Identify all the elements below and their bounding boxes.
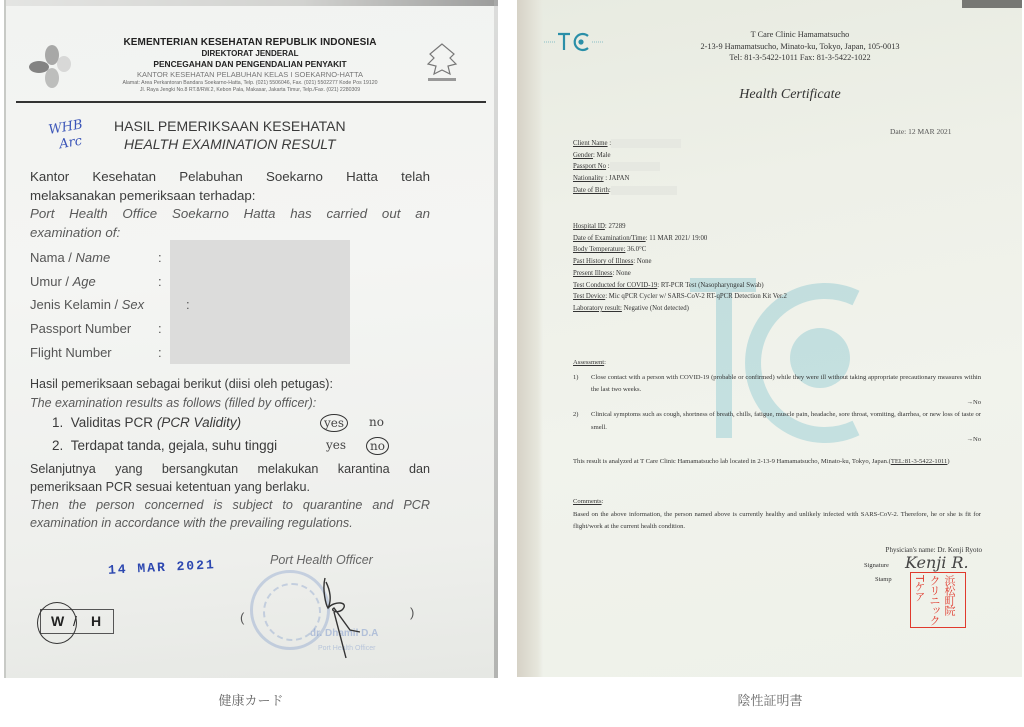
field-flight-number: Flight Number: [30,345,112,360]
ministry-name: KEMENTERIAN KESEHATAN REPUBLIK INDONESIA [80,37,420,48]
signature-label: Signature [864,562,889,569]
followup-paragraph: Selanjutnya yang bersangkutan melakukan … [30,460,430,532]
redacted-client-name [611,139,681,148]
redacted-personal-info [170,240,350,364]
comments-label: Comments [573,498,602,505]
title-id: HASIL PEMERIKSAAN KESEHATAN [114,117,346,135]
result-item-symptoms: 2. Terdapat tanda, gejala, suhu tinggi [52,438,277,453]
test-device-row: Test Device: Mic qPCR Cycler w/ SARS-CoV… [573,291,787,303]
hospital-id-row: Hospital ID: 27289 [573,221,787,233]
result-item-pcr-validity: 1. Validitas PCR (PCR Validity) [52,415,241,430]
caption-negative-certificate: 陰性証明書 [670,690,870,709]
assessment-answer-2: →No [573,434,981,447]
present-illness-row: Present Illness: None [573,268,787,280]
assessment-item-2: 2) Clinical symptoms such as cough, shor… [573,409,981,447]
intro-paragraph: Kantor Kesehatan Pelabuhan Soekarno Hatt… [30,168,430,242]
clinic-seal-stamp-icon: Tケア クリニック 浜松町院 [910,572,966,628]
field-passport-number: Passport Number: [30,321,131,336]
physician-signature: Kenji R. [905,553,969,572]
client-name-row: Client Name : [573,138,681,150]
results-intro: Hasil pemeriksaan sebagai berikut (diisi… [30,375,430,412]
lab-note: This result is analyzed at T Care Clinic… [573,456,981,469]
symptoms-yes: yes [326,438,346,452]
redacted-passport [610,162,660,171]
comments-text: Based on the above information, the pers… [573,509,981,534]
exam-result-title: HASIL PEMERIKSAAN KESEHATAN HEALTH EXAMI… [114,117,346,153]
pcr-validity-yes-selected: yes [320,414,348,432]
category-box: W / H [40,609,114,634]
assessment-label: Assessment [573,359,604,366]
exam-info: Hospital ID: 27289 Date of Examination/T… [573,221,787,315]
passport-row: Passport No : [573,161,681,173]
ministry-letterhead: KEMENTERIAN KESEHATAN REPUBLIK INDONESIA… [80,37,420,93]
stamp-label: Stamp [875,576,892,583]
gender-row: Gender: Male [573,150,681,162]
exam-date-row: Date of Examination/Time: 11 MAR 2021/ 1… [573,233,787,245]
field-age: Umur / Age: [30,274,96,289]
clinic-name: T Care Clinic Hamamatsucho [640,29,960,41]
clinic-address: 2-13-9 Hamamatsucho, Minato-ku, Tokyo, J… [640,41,960,53]
pcr-validity-no: no [369,415,384,429]
field-name: Nama / Name: [30,250,110,265]
clinic-contact: Tel: 81-3-5422-1011 Fax: 81-3-5422-1022 [640,52,960,64]
office-name: KANTOR KESEHATAN PELABUHAN KELAS I SOEKA… [80,70,420,79]
header-divider [16,101,486,103]
division-name: PENCEGAHAN DAN PENGENDALIAN PENYAKIT [80,59,420,69]
past-illness-row: Past History of Illness: None [573,256,787,268]
officer-signature-icon [320,570,380,660]
certificate-date: Date: 12 MAR 2021 [890,127,951,136]
clinic-letterhead: T Care Clinic Hamamatsucho 2-13-9 Hamama… [640,29,960,64]
redacted-birth-date [611,186,677,195]
field-sex: Jenis Kelamin / Sex: [30,297,144,312]
client-info: Client Name : Gender: Male Passport No :… [573,138,681,197]
test-conducted-row: Test Conducted for COVID-19: RT-PCR Test… [573,280,787,292]
directorate-name: DIREKTORAT JENDERAL [80,49,420,58]
certificate-title: Health Certificate [690,87,890,103]
lab-tel: TEL:81-3-5422-1011 [891,458,948,465]
office-address-2: Jl. Raya Jengki No.8 RT.8/RW.2, Kebon Pa… [80,87,420,93]
handwritten-note: WHB Arc [47,117,86,154]
port-health-officer-label: Port Health Officer [270,553,373,567]
ministry-logo-icon [26,40,76,90]
lab-result-row: Laboratory result: Negative (Not detecte… [573,303,787,315]
comments-section: Comments: Based on the above information… [573,496,981,534]
category-h: H [91,613,101,629]
symptoms-no-selected: no [366,437,389,455]
body-temperature-row: Body Temperature: 36.0°C [573,244,787,256]
garuda-emblem-icon [422,40,462,84]
category-w-circle [37,602,77,644]
caption-health-card: 健康カード [151,690,351,709]
birth-date-row: Date of Birth: [573,185,681,197]
nationality-row: Nationality : JAPAN [573,173,681,185]
assessment-section: Assessment: 1) Close contact with a pers… [573,357,981,447]
title-en: HEALTH EXAMINATION RESULT [124,135,346,153]
assessment-answer-1: →No [573,397,981,410]
assessment-item-1: 1) Close contact with a person with COVI… [573,372,981,410]
office-address-1: Alamat: Area Perkantoran Bandara Soekarn… [80,80,420,86]
clinic-logo-icon [544,30,604,54]
